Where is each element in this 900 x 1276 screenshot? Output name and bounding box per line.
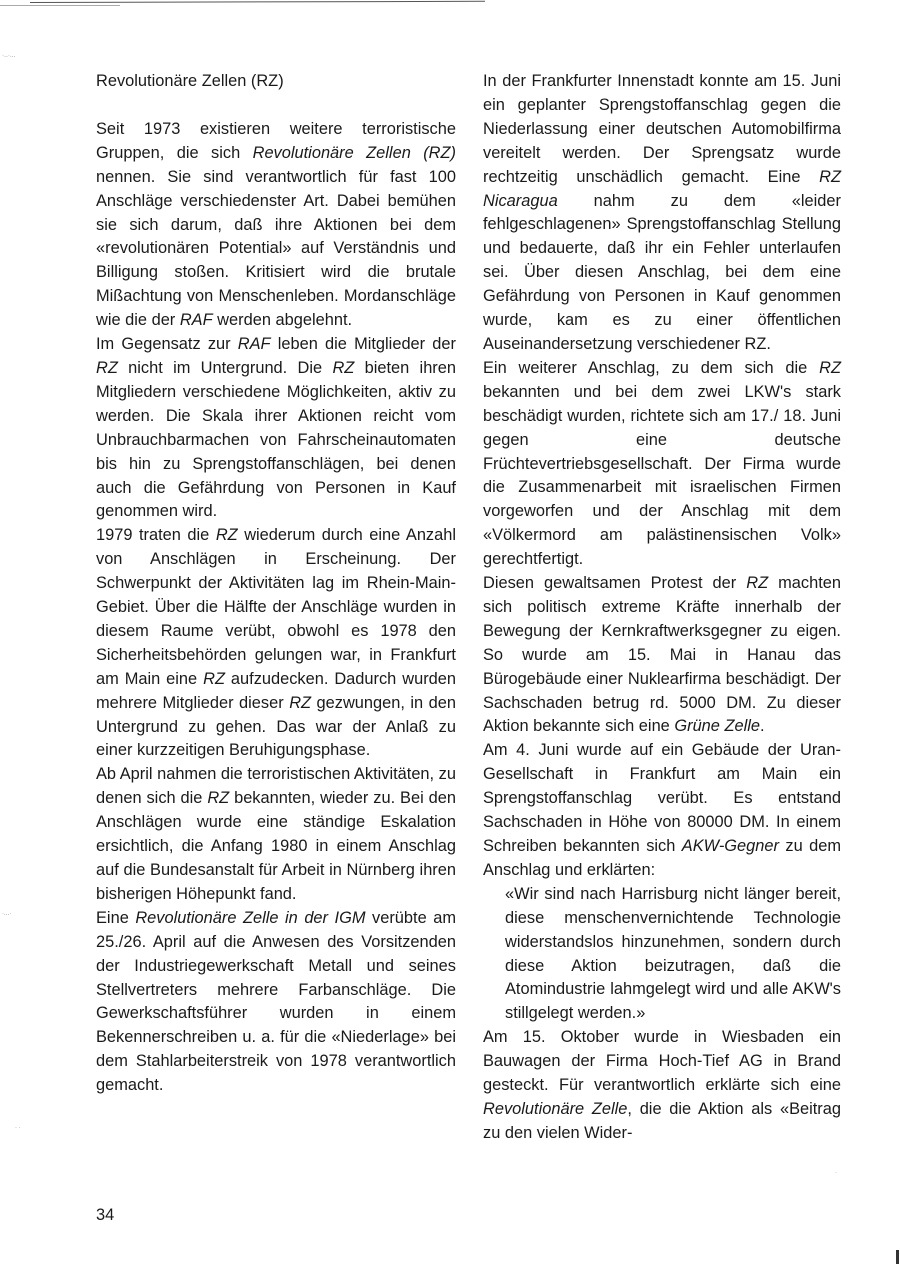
left-column: Revolutionäre Zellen (RZ) Seit 1973 exis… [96,70,456,1098]
text-run: wiederum durch eine Anzahl von Anschläge… [96,526,456,687]
text-run: «Wir sind nach Harrisburg nicht länger b… [505,885,841,1023]
text-run: Im Gegensatz zur [96,335,238,353]
paragraph: Ein weiterer Anschlag, zu dem sich die R… [483,357,841,572]
text-run: Eine [96,909,135,927]
block-quote: «Wir sind nach Harrisburg nicht länger b… [483,883,841,1026]
emphasis-text: RZ [203,670,225,688]
emphasis-text: RZ [289,694,311,712]
emphasis-text: RZ [96,359,118,377]
right-column: In der Frankfurter Innenstadt konnte am … [483,70,841,1146]
scan-speck: · [835,1170,837,1176]
emphasis-text: Revolutionäre Zelle in der IGM [135,909,365,927]
paragraph: Am 4. Juni wurde auf ein Gebäude der Ura… [483,739,841,882]
text-run: bieten ihren Mitgliedern verschiedene Mö… [96,359,456,520]
text-run: Am 15. Oktober wurde in Wiesbaden ein Ba… [483,1028,841,1094]
paragraph: Eine Revolutionäre Zelle in der IGM verü… [96,907,456,1098]
left-paragraphs: Seit 1973 existieren weitere terroristis… [96,118,456,1098]
emphasis-text: AKW-Gegner [682,837,779,855]
right-paragraphs: In der Frankfurter Innenstadt konnte am … [483,70,841,1146]
emphasis-text: RZ [746,574,768,592]
text-run: machten sich politisch extreme Kräfte in… [483,574,841,735]
page-number: 34 [96,1206,114,1225]
emphasis-text: RZ [819,359,841,377]
emphasis-text: RAF [180,311,213,329]
emphasis-text: RZ [332,359,354,377]
paragraph: Am 15. Oktober wurde in Wiesbaden ein Ba… [483,1026,841,1146]
text-run: bekannten und bei dem zwei LKW's stark b… [483,383,841,568]
paragraph: Diesen gewaltsamen Protest der RZ machte… [483,572,841,739]
text-run: werden abgelehnt. [213,311,352,329]
paragraph: 1979 traten die RZ wiederum durch eine A… [96,524,456,763]
text-run: leben die Mitglieder der [271,335,456,353]
emphasis-text: RZ [207,789,229,807]
text-run: . [760,717,765,735]
emphasis-text: Revolutionäre Zelle [483,1100,627,1118]
text-run: nicht im Untergrund. Die [118,359,333,377]
paragraph: Seit 1973 existieren weitere terroristis… [96,118,456,333]
scan-edge-line [0,5,120,6]
emphasis-text: Grüne Zelle [674,717,760,735]
text-run: verübte am 25./26. April auf die Anwesen… [96,909,456,1094]
text-run: 1979 traten die [96,526,216,544]
paragraph: Im Gegensatz zur RAF leben die Mitgliede… [96,333,456,524]
scan-speck: · · [15,1125,21,1131]
section-heading: Revolutionäre Zellen (RZ) [96,70,456,94]
paragraph: In der Frankfurter Innenstadt konnte am … [483,70,841,357]
text-run: nahm zu dem «leider fehlgeschlagenen» Sp… [483,192,841,353]
text-run: nennen. Sie sind verantwortlich für fast… [96,168,456,329]
text-run: Ein weiterer Anschlag, zu dem sich die [483,359,819,377]
text-run: In der Frankfurter Innenstadt konnte am … [483,72,841,186]
paragraph: Ab April nahmen die terroristischen Akti… [96,763,456,906]
scan-speck: ·‥·.‥ [2,52,16,59]
emphasis-text: Revolutionäre Zellen (RZ) [253,144,456,162]
text-run: Diesen gewaltsamen Protest der [483,574,746,592]
emphasis-text: RAF [238,335,271,353]
top-rule [30,1,485,3]
emphasis-text: RZ [216,526,238,544]
scan-edge-mark [896,1250,899,1264]
scan-speck: ·.‥· [2,910,12,917]
